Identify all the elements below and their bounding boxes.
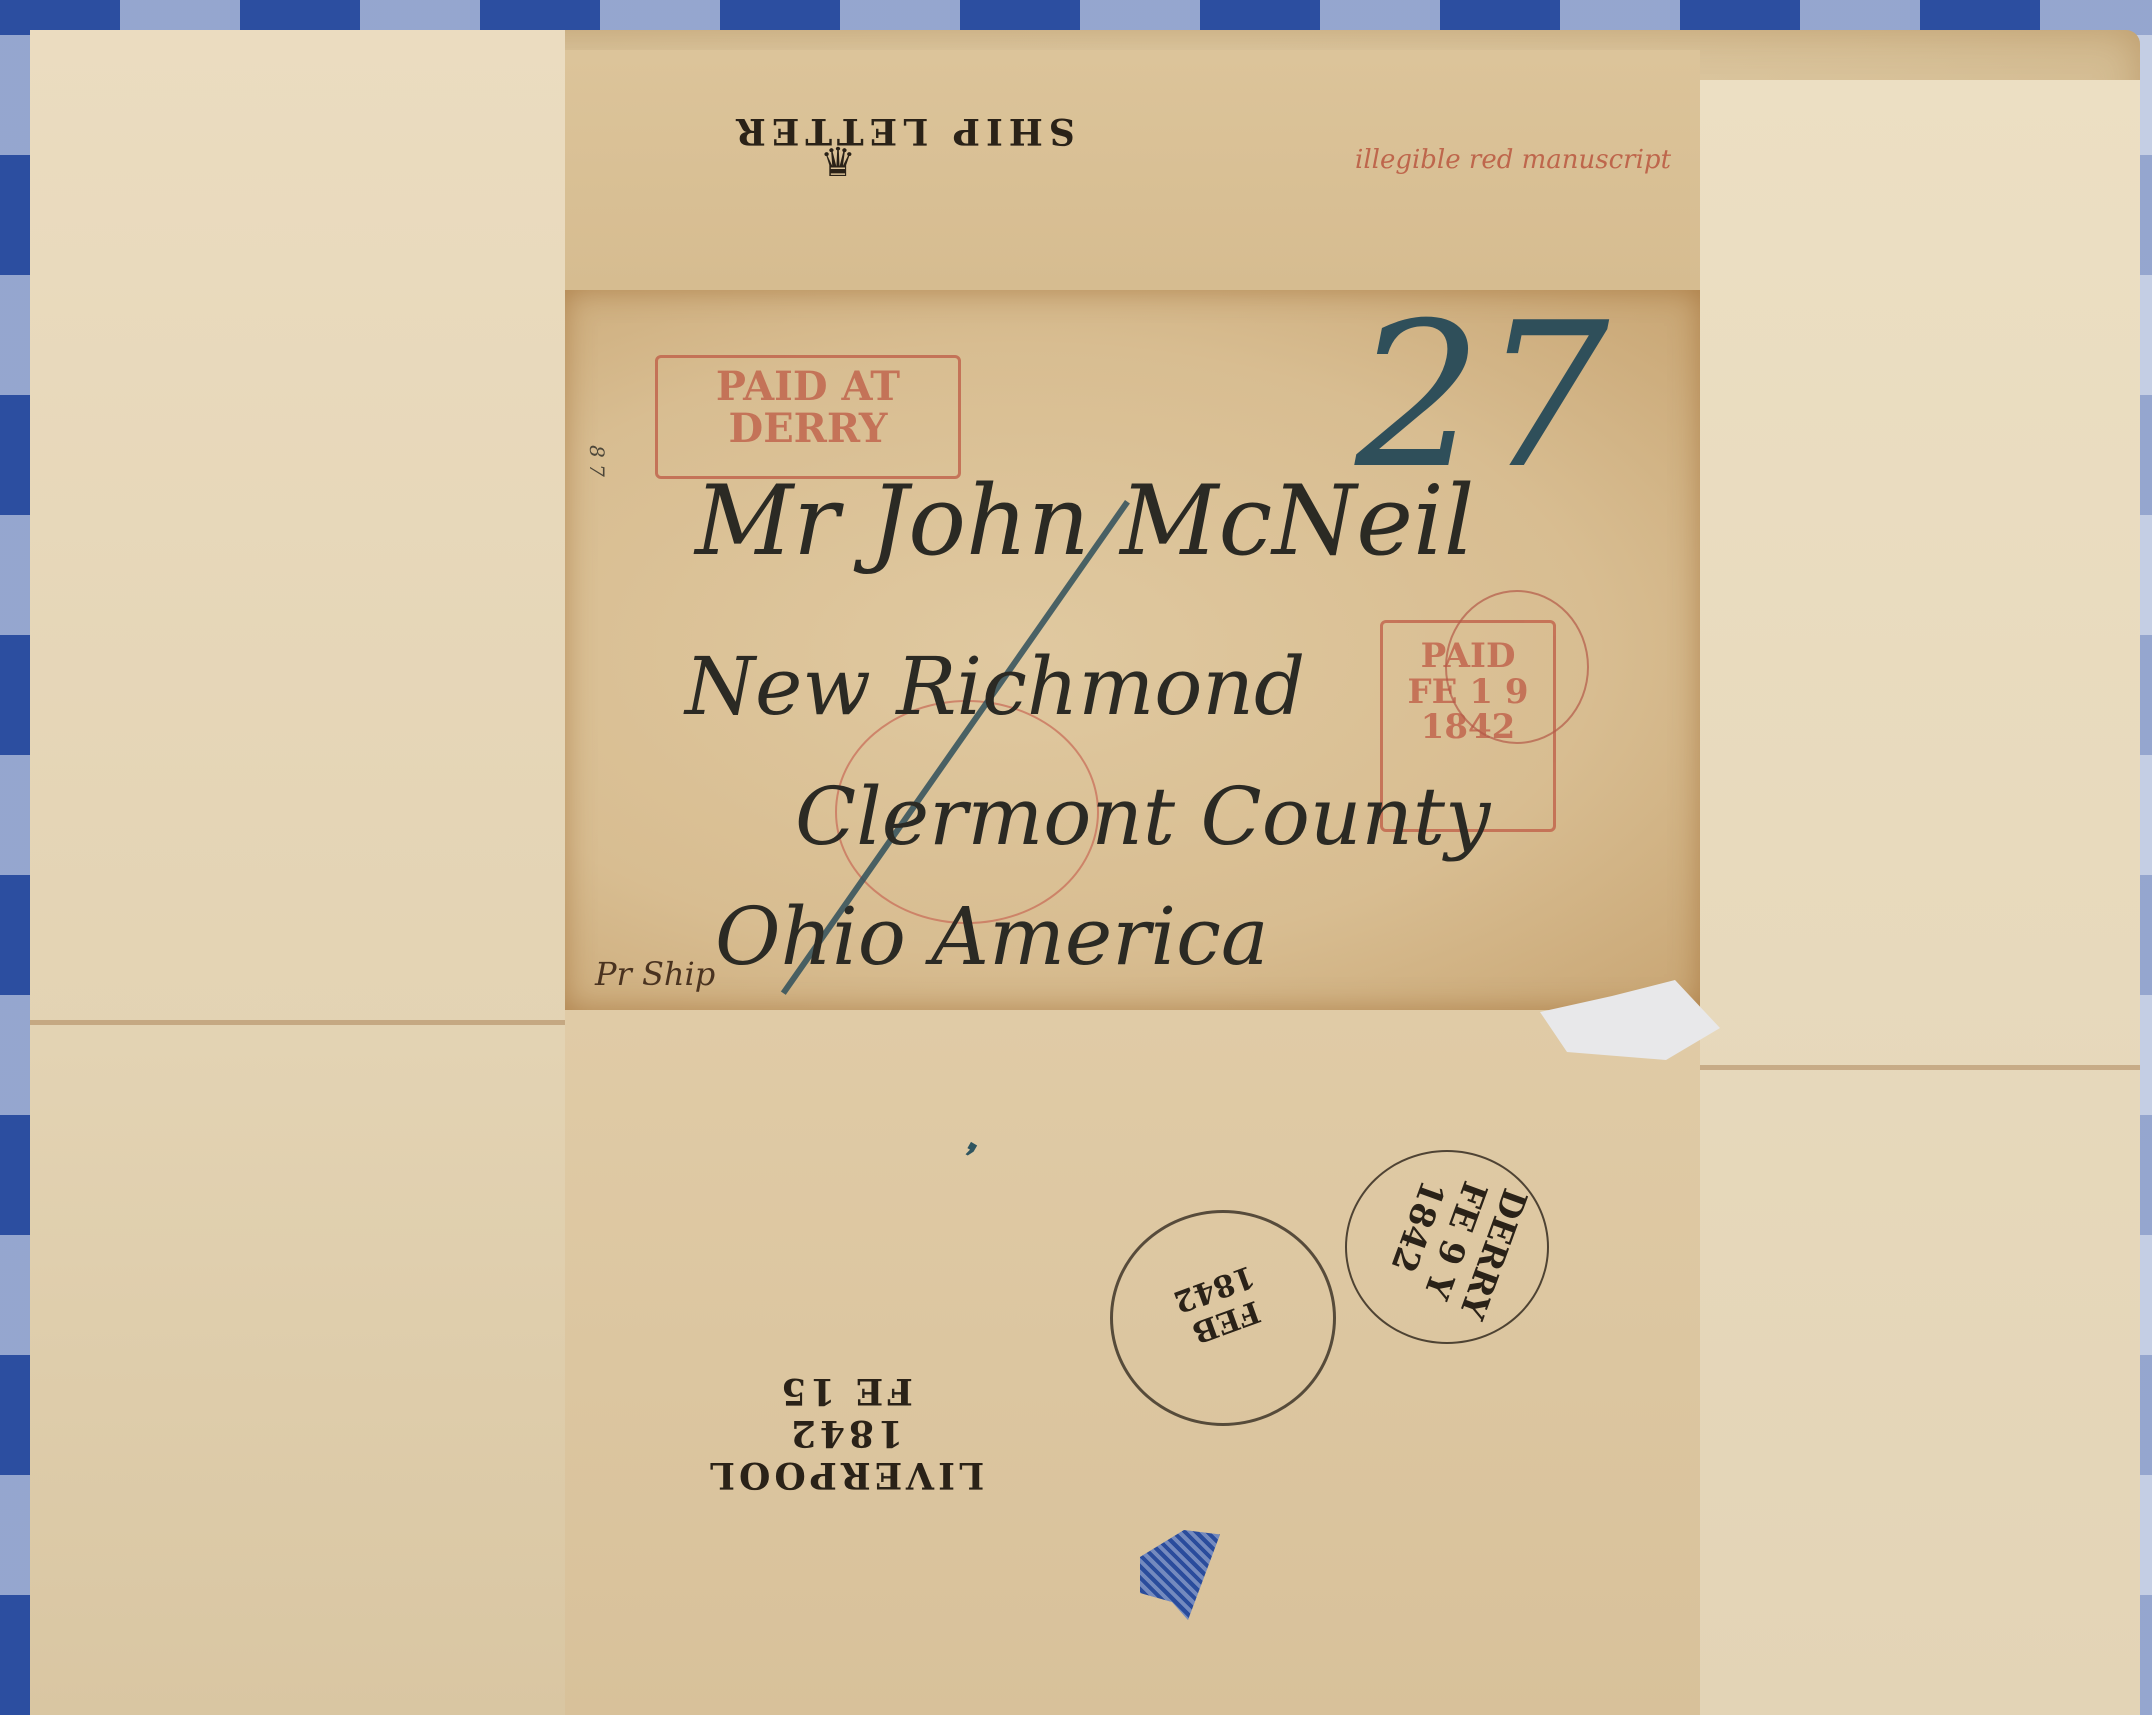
letter-sheet: SHIP LETTER ♛ illegible red manuscript P…: [30, 30, 2140, 1715]
top-flap: SHIP LETTER ♛ illegible red manuscript: [565, 50, 1700, 290]
left-flap: [30, 30, 565, 1715]
liverpool-cds: LIVERPOOL 1842 FE 15: [695, 1370, 995, 1496]
fold-line-right: [1700, 1065, 2140, 1070]
liverpool-date: FE 15: [695, 1370, 995, 1412]
right-flap: [1700, 80, 2140, 1715]
crown-icon: ♛: [820, 140, 856, 186]
blue-ink-speck: ❜: [949, 1135, 983, 1181]
side-note: 8 7: [585, 445, 609, 477]
address-line1: Mr John McNeil: [695, 465, 1474, 577]
liverpool-year: 1842: [695, 1412, 995, 1454]
paid-at-derry-stamp: PAID AT DERRY: [655, 355, 961, 479]
derry-cds: DERRY FE 9 Y 1842: [1364, 1126, 1545, 1355]
liverpool-town: LIVERPOOL: [695, 1454, 995, 1496]
paid-at-line1: PAID AT: [658, 366, 958, 408]
bottom-flap: DERRY FE 9 Y 1842 FEB 1842 LIVERPOOL 184…: [565, 1010, 1700, 1715]
ship-letter-stamp: SHIP LETTER: [730, 110, 1075, 152]
fold-line: [30, 1020, 565, 1025]
address-panel: PAID AT DERRY PAID FE 1 9 1842 27 8 7 Mr…: [565, 290, 1700, 1010]
red-manuscript-mark: illegible red manuscript: [1355, 145, 1671, 175]
address-line4: Ohio America: [715, 890, 1269, 983]
routing-note: Pr Ship: [595, 955, 715, 993]
address-line2: New Richmond: [685, 640, 1305, 733]
paid-at-line2: DERRY: [658, 408, 958, 450]
red-circle-overlap: [1445, 590, 1589, 744]
paper-hole: [1140, 1530, 1220, 1620]
address-line3: Clermont County: [795, 770, 1490, 863]
